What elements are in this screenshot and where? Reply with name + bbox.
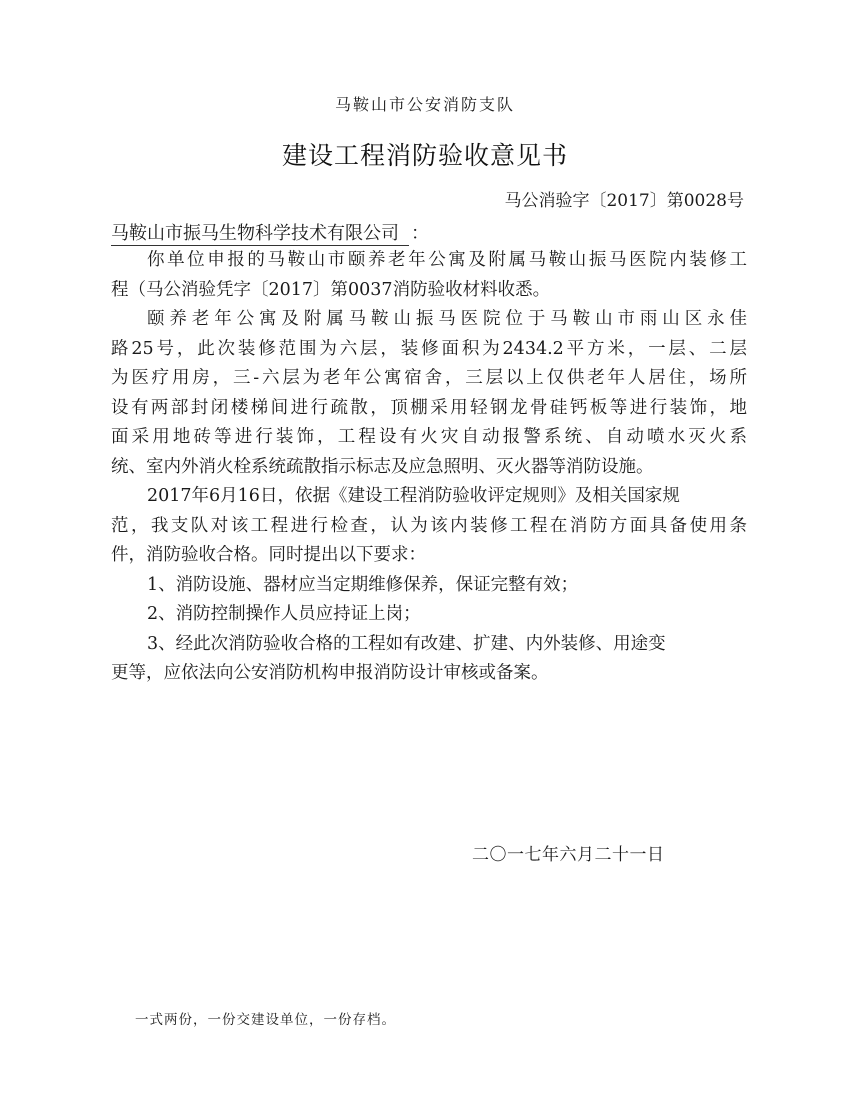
requirement-item-3: 3、经此次消防验收合格的工程如有改建、扩建、内外装修、用途变: [111, 630, 747, 660]
text-line: 范，我支队对该工程进行检查，认为该内装修工程在消防方面具备使用条: [111, 512, 747, 542]
text-line: 程（马公消验凭字〔2017〕第0037消防验收材料收悉。: [111, 276, 747, 306]
text-line: 面采用地砖等进行装饰，工程设有火灾自动报警系统、自动喷水灭火系: [111, 423, 747, 453]
issuing-authority: 马鞍山市公安消防支队: [0, 92, 850, 115]
text-line: 2017年6月16日，依据《建设工程消防验收评定规则》及相关国家规: [111, 482, 747, 512]
text-line: 设有两部封闭楼梯间进行疏散，顶棚采用轻钢龙骨硅钙板等进行装饰，地: [111, 394, 747, 424]
requirements-list: 1、消防设施、器材应当定期维修保养，保证完整有效； 2、消防控制操作人员应持证上…: [111, 571, 747, 689]
paragraph-inspection-result: 2017年6月16日，依据《建设工程消防验收评定规则》及相关国家规 范，我支队对…: [111, 482, 747, 571]
text-line: 统、室内外消火栓系统疏散指示标志及应急照明、灭火器等消防设施。: [111, 453, 747, 483]
text-line: 路25号，此次装修范围为六层，装修面积为2434.2平方米，一层、二层: [111, 335, 747, 365]
requirement-item-3-continued: 更等，应依法向公安消防机构申报消防设计审核或备案。: [111, 659, 747, 689]
document-title: 建设工程消防验收意见书: [0, 136, 850, 172]
text-line: 件，消防验收合格。同时提出以下要求：: [111, 541, 747, 571]
issue-date: 二〇一七年六月二十一日: [472, 840, 665, 865]
copies-footnote: 一式两份，一份交建设单位，一份存档。: [135, 1008, 396, 1028]
document-number: 马公消验字〔2017〕第0028号: [504, 186, 744, 211]
addressee-name: 马鞍山市振马生物科学技术有限公司: [111, 223, 409, 246]
text-line: 为医疗用房，三-六层为老年公寓宿舍，三层以上仅供老年人居住，场所: [111, 364, 747, 394]
paragraph-submission: 你单位申报的马鞍山市颐养老年公寓及附属马鞍山振马医院内装修工 程（马公消验凭字〔…: [111, 246, 747, 305]
requirement-item-2: 2、消防控制操作人员应持证上岗；: [111, 600, 747, 630]
document-body: 你单位申报的马鞍山市颐养老年公寓及附属马鞍山振马医院内装修工 程（马公消验凭字〔…: [111, 246, 747, 689]
text-line: 你单位申报的马鞍山市颐养老年公寓及附属马鞍山振马医院内装修工: [111, 246, 747, 276]
paragraph-project-description: 颐养老年公寓及附属马鞍山振马医院位于马鞍山市雨山区永佳 路25号，此次装修范围为…: [111, 305, 747, 482]
addressee-colon: ：: [411, 223, 429, 244]
text-line: 颐养老年公寓及附属马鞍山振马医院位于马鞍山市雨山区永佳: [111, 305, 747, 335]
addressee: 马鞍山市振马生物科学技术有限公司：: [111, 219, 429, 246]
requirement-item-1: 1、消防设施、器材应当定期维修保养，保证完整有效；: [111, 571, 747, 601]
